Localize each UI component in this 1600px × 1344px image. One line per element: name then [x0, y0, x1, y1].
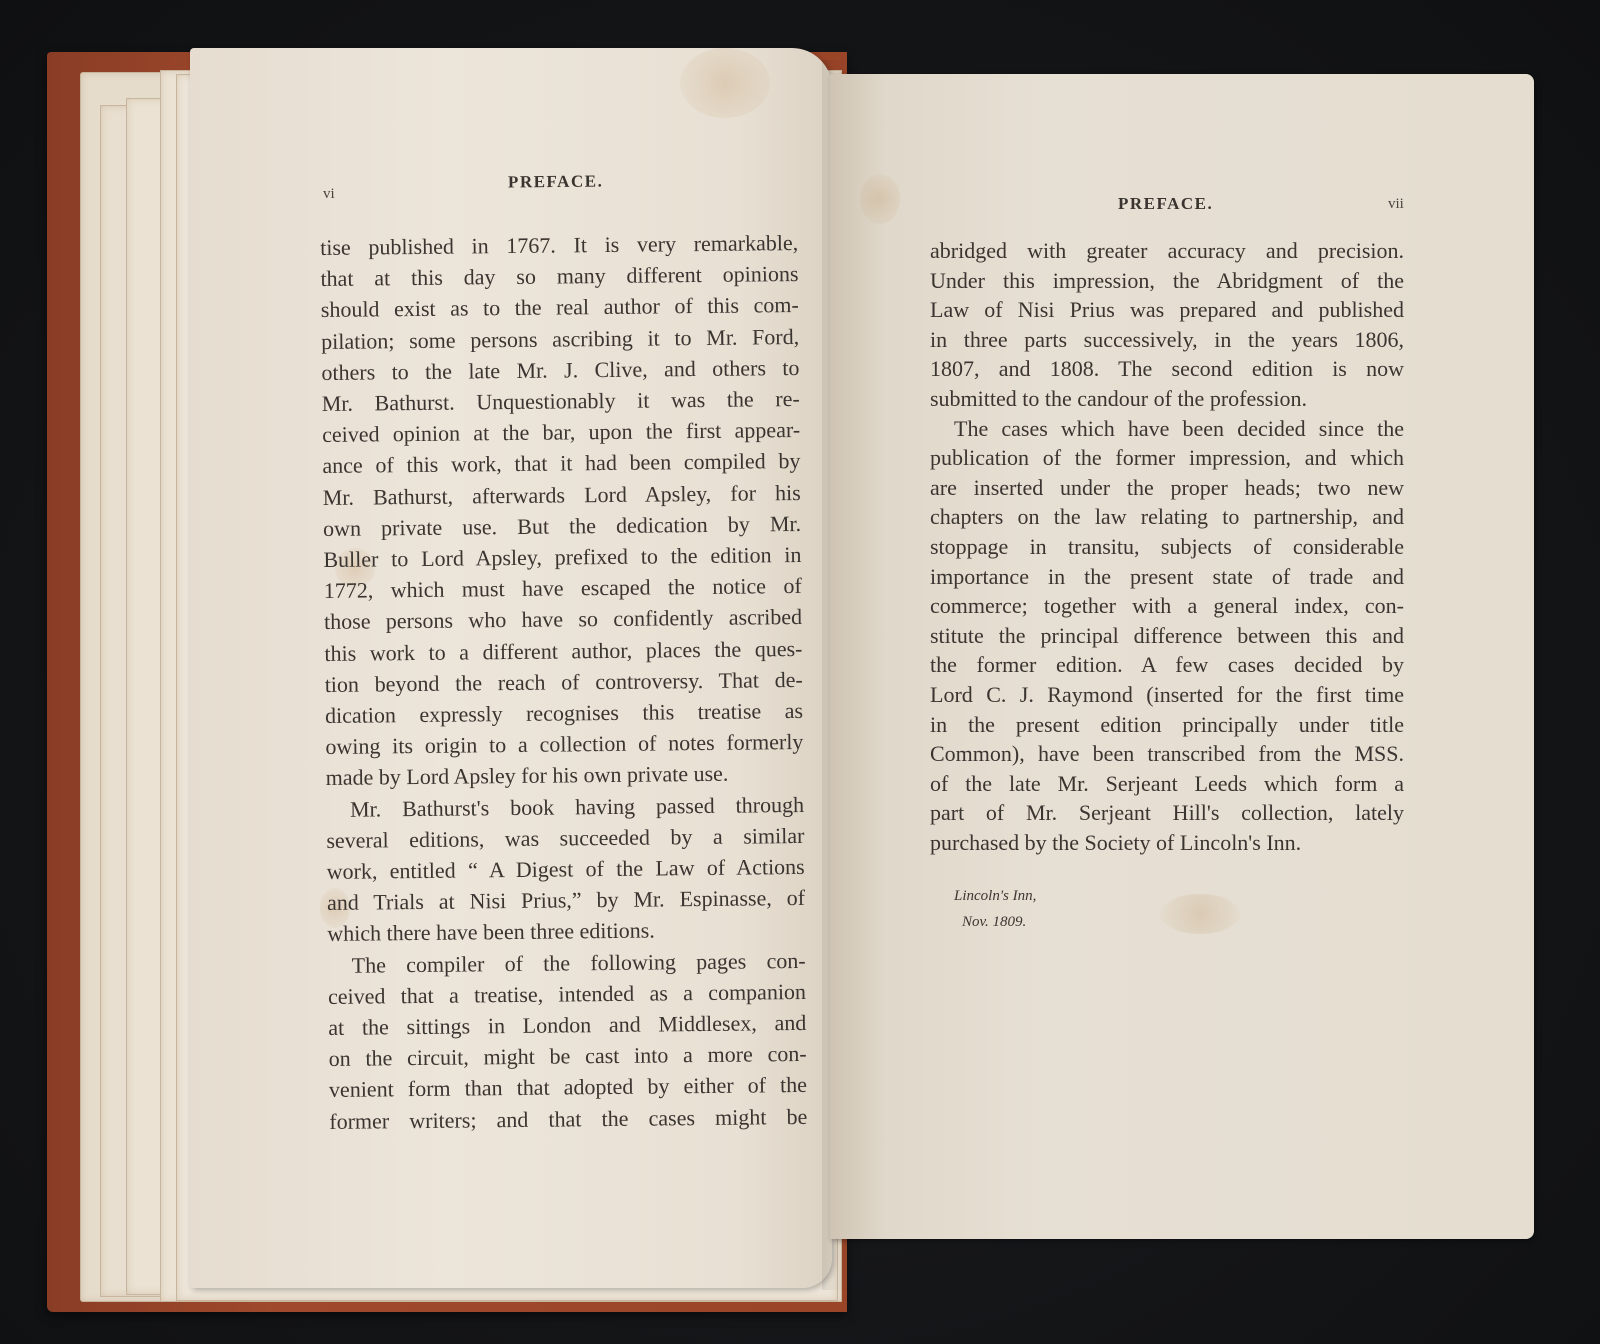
text-line: Lord C. J. Raymond (inserted for the fir… [930, 680, 1404, 710]
text-line: 1807, and 1808. The second edition is no… [930, 354, 1404, 384]
left-page: vi PREFACE. tise published in 1767. It i… [190, 48, 832, 1288]
text-line: this work to a different author, places … [324, 633, 802, 669]
text-line: pilation; some persons ascribing it to M… [321, 321, 799, 357]
text-line: on the circuit, might be cast into a mor… [328, 1038, 806, 1074]
text-line: importance in the present state of trade… [930, 562, 1404, 592]
text-line: publication of the former impression, an… [930, 443, 1404, 473]
text-line: former writers; and that the cases might… [329, 1101, 807, 1137]
text-line: Common), have been transcribed from the … [930, 739, 1404, 769]
text-line: ance of this work, that it had been comp… [322, 445, 800, 481]
signoff-place: Lincoln's Inn, [954, 884, 1036, 908]
text-line: The compiler of the following pages con- [328, 945, 806, 981]
text-line: tise published in 1767. It is very remar… [320, 227, 798, 263]
page-number: vii [1388, 196, 1404, 213]
text-line: Mr. Bathurst's book having passed throug… [326, 789, 804, 825]
text-line: Mr. Bathurst. Unquestionably it was the … [322, 383, 800, 419]
paper-stain [1160, 894, 1240, 934]
text-line: that at this day so many different opini… [320, 258, 798, 294]
running-head: PREFACE. [1118, 194, 1213, 214]
text-line: dication expressly recognises this treat… [325, 695, 803, 731]
text-line: and Trials at Nisi Prius,” by Mr. Espina… [327, 882, 805, 918]
text-line: submitted to the candour of the professi… [930, 384, 1404, 414]
text-line: are inserted under the proper heads; two… [930, 473, 1404, 503]
text-line: chapters on the law relating to partners… [930, 502, 1404, 532]
text-line: part of Mr. Serjeant Hill's collection, … [930, 798, 1404, 828]
text-line: of the late Mr. Serjeant Leeds which for… [930, 769, 1404, 799]
text-line: the former edition. A few cases decided … [930, 650, 1404, 680]
paper-stain [860, 174, 900, 224]
text-line: venient form than that adopted by either… [329, 1069, 807, 1105]
right-page: PREFACE. vii abridged with greater accur… [830, 74, 1534, 1239]
text-line: Under this impression, the Abridgment of… [930, 266, 1404, 296]
text-line: Mr. Bathurst, afterwards Lord Apsley, fo… [323, 477, 801, 513]
text-line: ceived that a treatise, intended as a co… [328, 976, 806, 1012]
text-line: Buller to Lord Apsley, prefixed to the e… [323, 539, 801, 575]
text-line: The cases which have been decided since … [930, 414, 1404, 444]
paper-stain [680, 48, 770, 118]
text-line: commerce; together with a general index,… [930, 591, 1404, 621]
right-page-body: abridged with greater accuracy and preci… [930, 236, 1404, 857]
text-line: own private use. But the dedication by M… [323, 508, 801, 544]
text-line: should exist as to the real author of th… [321, 289, 799, 325]
text-line: at the sittings in London and Middlesex,… [328, 1007, 806, 1043]
text-line: purchased by the Society of Lincoln's In… [930, 828, 1404, 858]
signoff-date: Nov. 1809. [962, 910, 1026, 934]
text-line: in three parts successively, in the year… [930, 325, 1404, 355]
text-line: owing its origin to a collection of note… [325, 726, 803, 762]
text-line: stoppage in transitu, subjects of consid… [930, 532, 1404, 562]
text-line: which there have been three editions. [327, 913, 805, 949]
text-line: tion beyond the reach of controversy. Th… [325, 664, 803, 700]
text-line: Law of Nisi Prius was prepared and publi… [930, 295, 1404, 325]
running-head: PREFACE. [508, 172, 603, 193]
text-line: in the present edition principally under… [930, 710, 1404, 740]
left-page-body: tise published in 1767. It is very remar… [320, 227, 807, 1137]
text-line: stitute the principal difference between… [930, 621, 1404, 651]
text-line: several editions, was succeeded by a sim… [326, 820, 804, 856]
text-line: work, entitled “ A Digest of the Law of … [327, 851, 805, 887]
text-line: ceived opinion at the bar, upon the firs… [322, 414, 800, 450]
text-line: those persons who have so confidently as… [324, 601, 802, 637]
text-line: abridged with greater accuracy and preci… [930, 236, 1404, 266]
text-line: made by Lord Apsley for his own private … [326, 757, 804, 793]
text-line: others to the late Mr. J. Clive, and oth… [321, 352, 799, 388]
text-line: 1772, which must have escaped the notice… [324, 570, 802, 606]
page-number: vi [323, 186, 335, 203]
